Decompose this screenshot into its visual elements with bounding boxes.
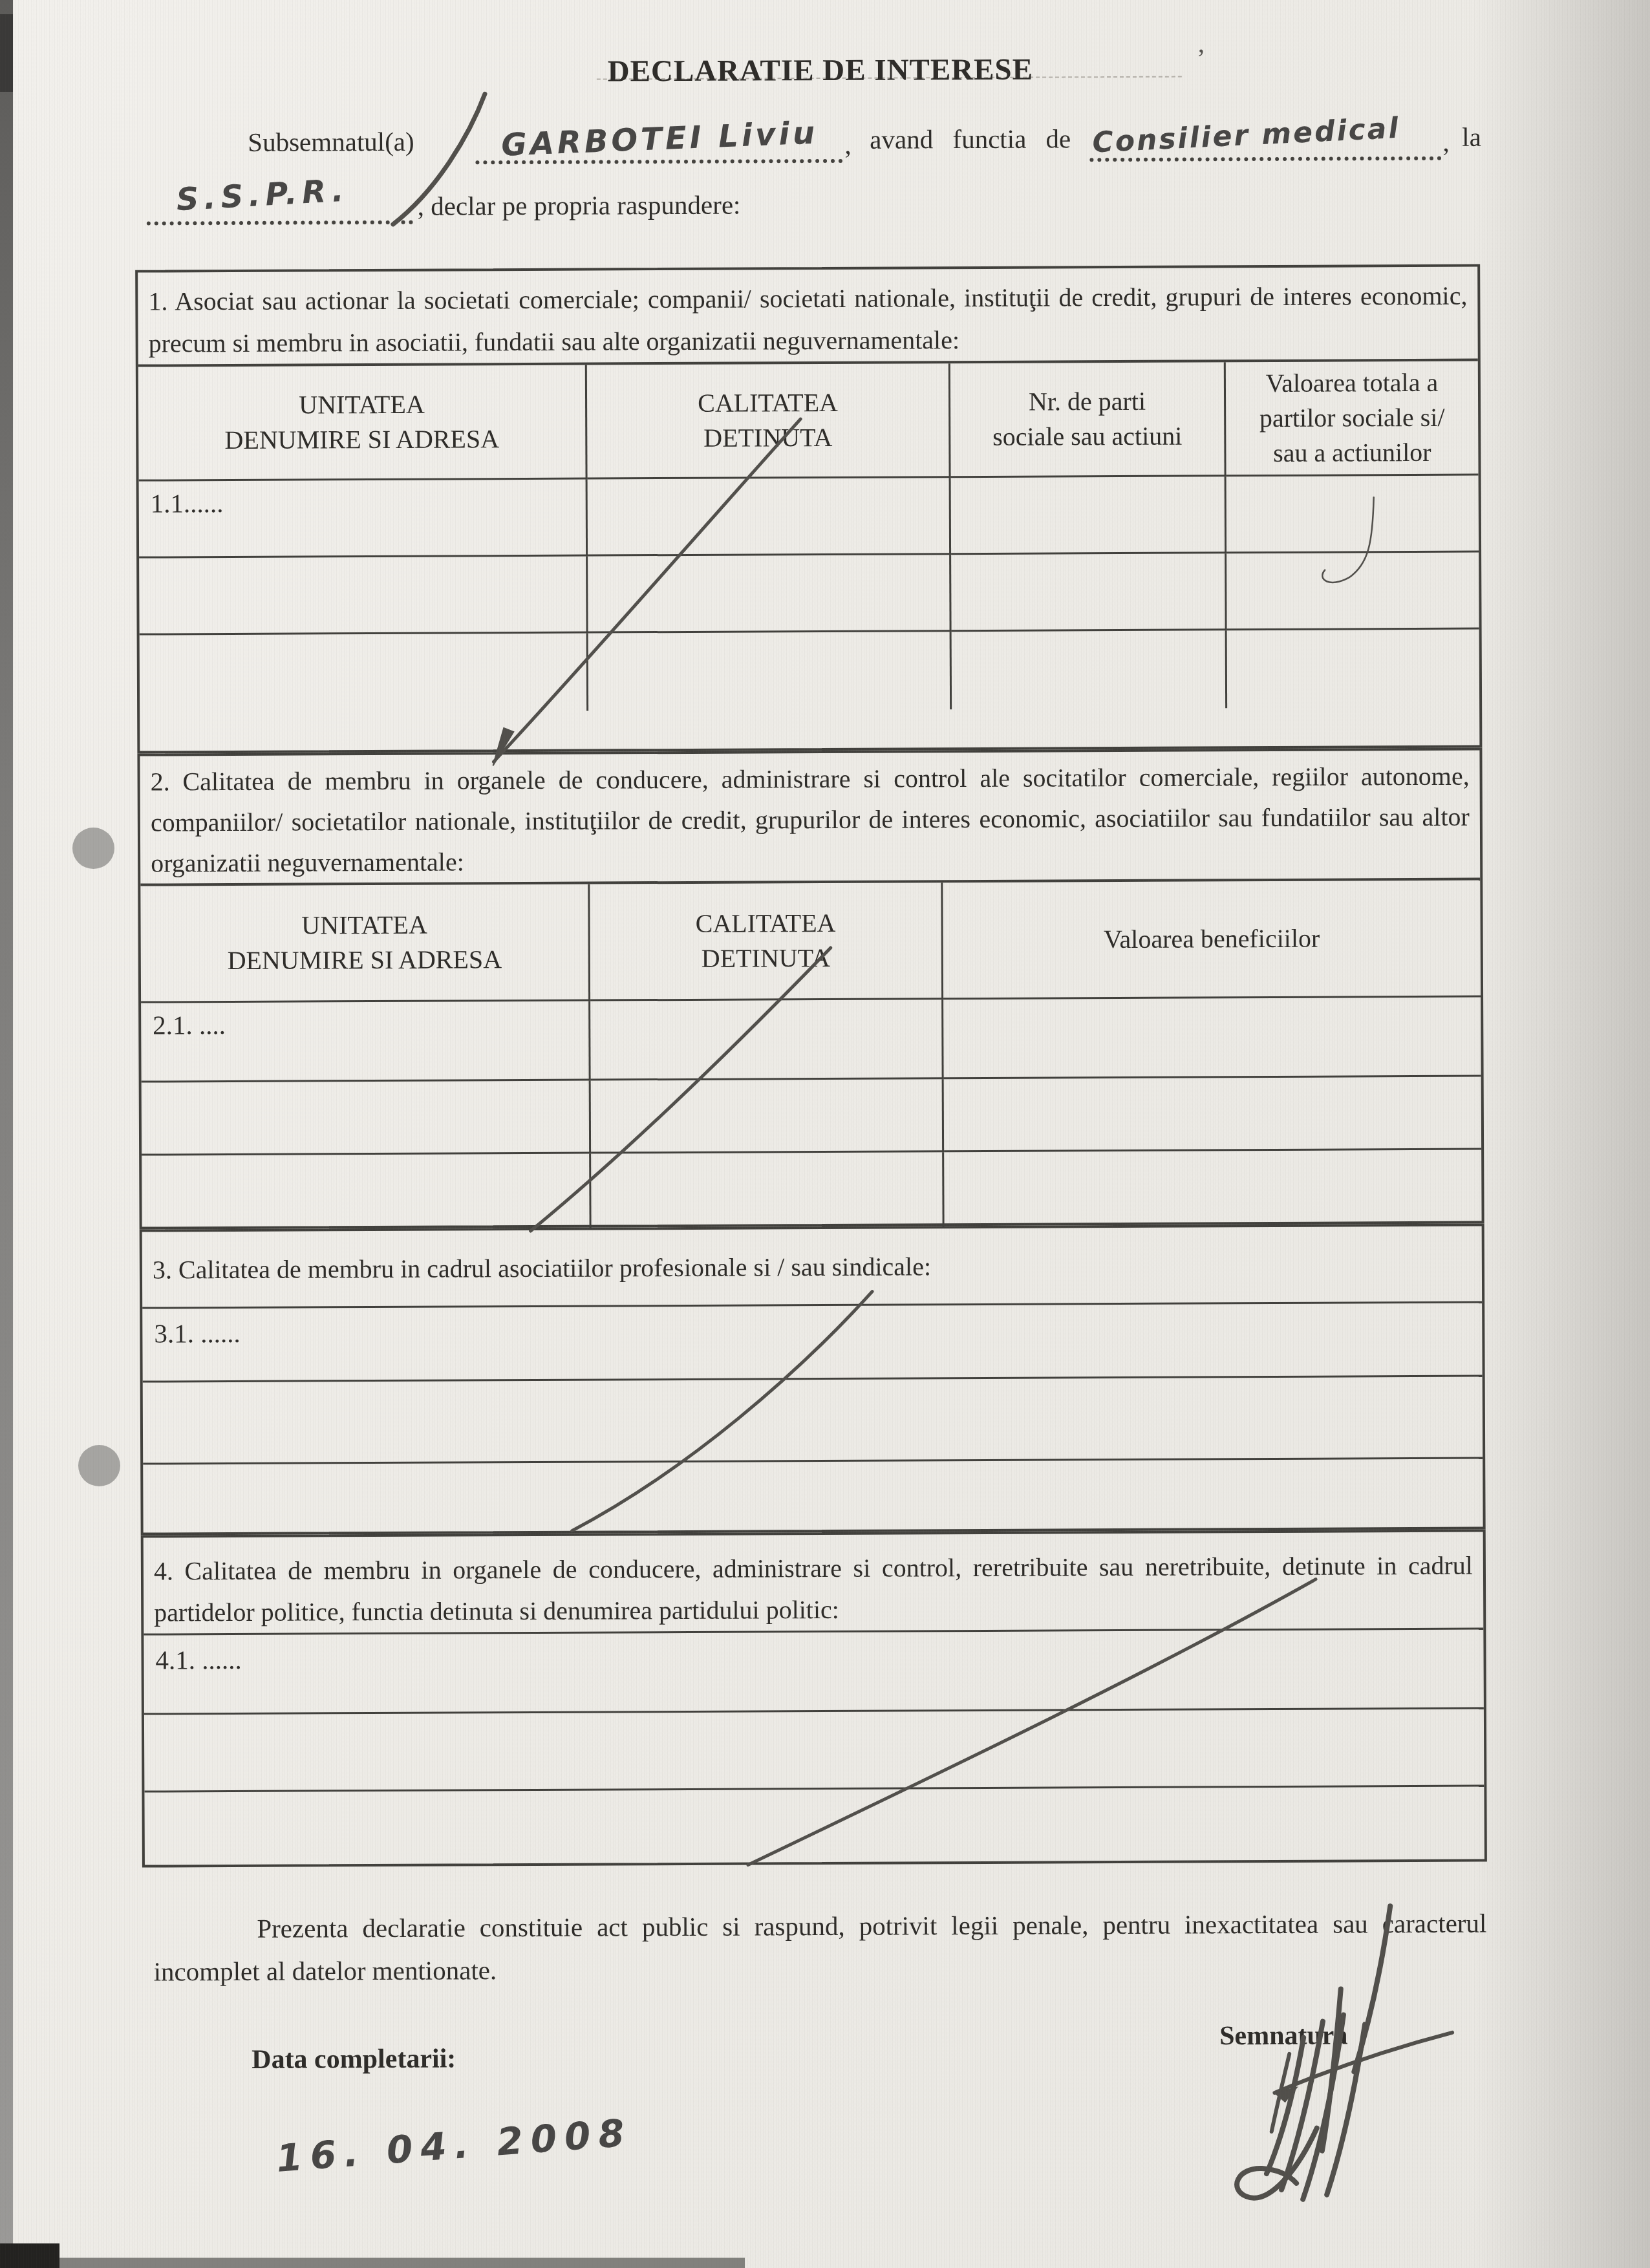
section-1-box: 1. Asociat sau actionar la societati com… <box>135 264 1482 754</box>
signature-label: Semnatura <box>1219 2020 1348 2051</box>
table-row-label: 1.1...... <box>139 480 588 559</box>
section-3-row-3 <box>143 1457 1483 1535</box>
table-row-label: 2.1. .... <box>141 1001 591 1083</box>
section-2-table: UNITATEA DENUMIRE SI ADRESA CALITATEA DE… <box>140 878 1481 1232</box>
section-4-text: 4. Calitatea de membru in organele de co… <box>144 1532 1484 1634</box>
table-cell-empty <box>139 557 588 636</box>
name-dotted-field: GARBOTEI Liviu <box>475 98 842 164</box>
handwritten-date: 16. 04. 2008 <box>275 2110 634 2181</box>
header-label: CALITATEA DETINUTA <box>696 906 836 976</box>
comma-after-name: , <box>844 129 851 160</box>
table-header-valoarea: Valoarea totala a partilor sociale si/ s… <box>1226 361 1479 477</box>
comma-after-function: , <box>1442 127 1449 158</box>
date-label: Data completarii: <box>252 2044 456 2075</box>
table-cell-empty <box>588 478 952 556</box>
section-2-text: 2. Calitatea de membru in organele de co… <box>140 751 1480 884</box>
scan-edge-strip <box>0 0 13 2268</box>
table-header-calitatea: CALITATEA DETINUTA <box>587 363 951 479</box>
scanned-declaration-page: DECLARATIE DE INTERESE ’ Subsemnatul(a) … <box>0 0 1650 2268</box>
hole-punch-bottom <box>78 1445 120 1486</box>
section-3-text: 3. Calitatea de membru in cadrul asociat… <box>142 1226 1482 1287</box>
header-label: Valoarea beneficiilor <box>1104 921 1320 957</box>
intro-text-subsemnatul: Subsemnatul(a) <box>248 126 414 158</box>
scan-edge-bottom-square <box>0 2243 59 2268</box>
intro-text-la: la <box>1462 122 1481 153</box>
intro-text-functie: avand functia de <box>870 123 1071 155</box>
intro-text-declar: , declar pe propria raspundere: <box>418 189 741 222</box>
table-cell-empty <box>588 555 952 633</box>
table-cell-empty <box>944 1077 1481 1153</box>
table-header-calitatea: CALITATEA DETINUTA <box>590 883 943 1001</box>
table-row-label: 4.1. ...... <box>144 1630 1483 1676</box>
table-header-unitatea: UNITATEA DENUMIRE SI ADRESA <box>138 365 588 482</box>
table-header-nr-parti: Nr. de parti sociale sau actiuni <box>950 362 1227 478</box>
table-cell-empty <box>1227 553 1479 631</box>
hole-punch-top <box>72 828 114 869</box>
scan-artifact-mark: ’ <box>1197 43 1206 74</box>
section-3-row-1: 3.1. ...... <box>142 1301 1482 1381</box>
table-cell-empty <box>951 553 1227 632</box>
section-1-table: UNITATEA DENUMIRE SI ADRESA CALITATEA DE… <box>138 359 1479 713</box>
table-cell-empty <box>943 998 1481 1080</box>
table-header-valoarea-beneficiilor: Valoarea beneficiilor <box>943 881 1481 1000</box>
table-cell-empty <box>590 1000 944 1080</box>
handwritten-organization: S.S.P.R. <box>175 172 349 218</box>
table-cell-empty <box>944 1150 1482 1228</box>
table-cell-empty <box>591 1079 944 1153</box>
section-3-row-2 <box>143 1375 1483 1463</box>
handwritten-function: Consilier medical <box>1091 112 1400 160</box>
header-label: UNITATEA DENUMIRE SI ADRESA <box>224 387 499 458</box>
section-4-row-1: 4.1. ...... <box>144 1628 1484 1713</box>
header-label: CALITATEA DETINUTA <box>698 385 838 456</box>
document-content: DECLARATIE DE INTERESE ’ Subsemnatul(a) … <box>0 0 1650 2268</box>
table-cell-empty <box>952 630 1228 709</box>
section-3-box: 3. Calitatea de membru in cadrul asociat… <box>140 1224 1486 1535</box>
header-label: UNITATEA DENUMIRE SI ADRESA <box>227 907 502 978</box>
table-header-unitatea: UNITATEA DENUMIRE SI ADRESA <box>140 884 590 1003</box>
table-cell-empty <box>140 634 589 713</box>
table-cell-empty <box>142 1154 592 1232</box>
table-cell-empty <box>1227 630 1480 709</box>
section-1-text: 1. Asociat sau actionar la societati com… <box>138 267 1478 365</box>
header-label: Valoarea totala a partilor sociale si/ s… <box>1259 365 1445 471</box>
function-dotted-field: Consilier medical <box>1089 96 1441 162</box>
closing-paragraph: Prezenta declaratie constituie act publi… <box>153 1902 1487 1993</box>
section-4-box: 4. Calitatea de membru in organele de co… <box>141 1530 1487 1868</box>
table-cell-empty <box>591 1152 945 1229</box>
section-4-row-3 <box>144 1785 1484 1868</box>
header-label: Nr. de parti sociale sau actiuni <box>992 384 1183 455</box>
section-2-box: 2. Calitatea de membru in organele de co… <box>137 748 1484 1230</box>
table-row-label: 3.1. ...... <box>142 1303 1482 1349</box>
scan-edge-dark-top <box>0 14 13 92</box>
page-title: DECLARATIE DE INTERESE <box>608 52 1034 89</box>
handwritten-name: GARBOTEI Liviu <box>500 115 819 164</box>
organization-dotted-field: S.S.P.R. <box>146 165 412 226</box>
table-cell-empty <box>588 632 952 711</box>
section-4-row-2 <box>144 1707 1484 1791</box>
table-cell-empty <box>142 1081 591 1156</box>
scan-edge-bottom-strip <box>59 2258 745 2268</box>
table-cell-empty <box>951 476 1227 555</box>
table-cell-empty <box>1227 476 1479 554</box>
